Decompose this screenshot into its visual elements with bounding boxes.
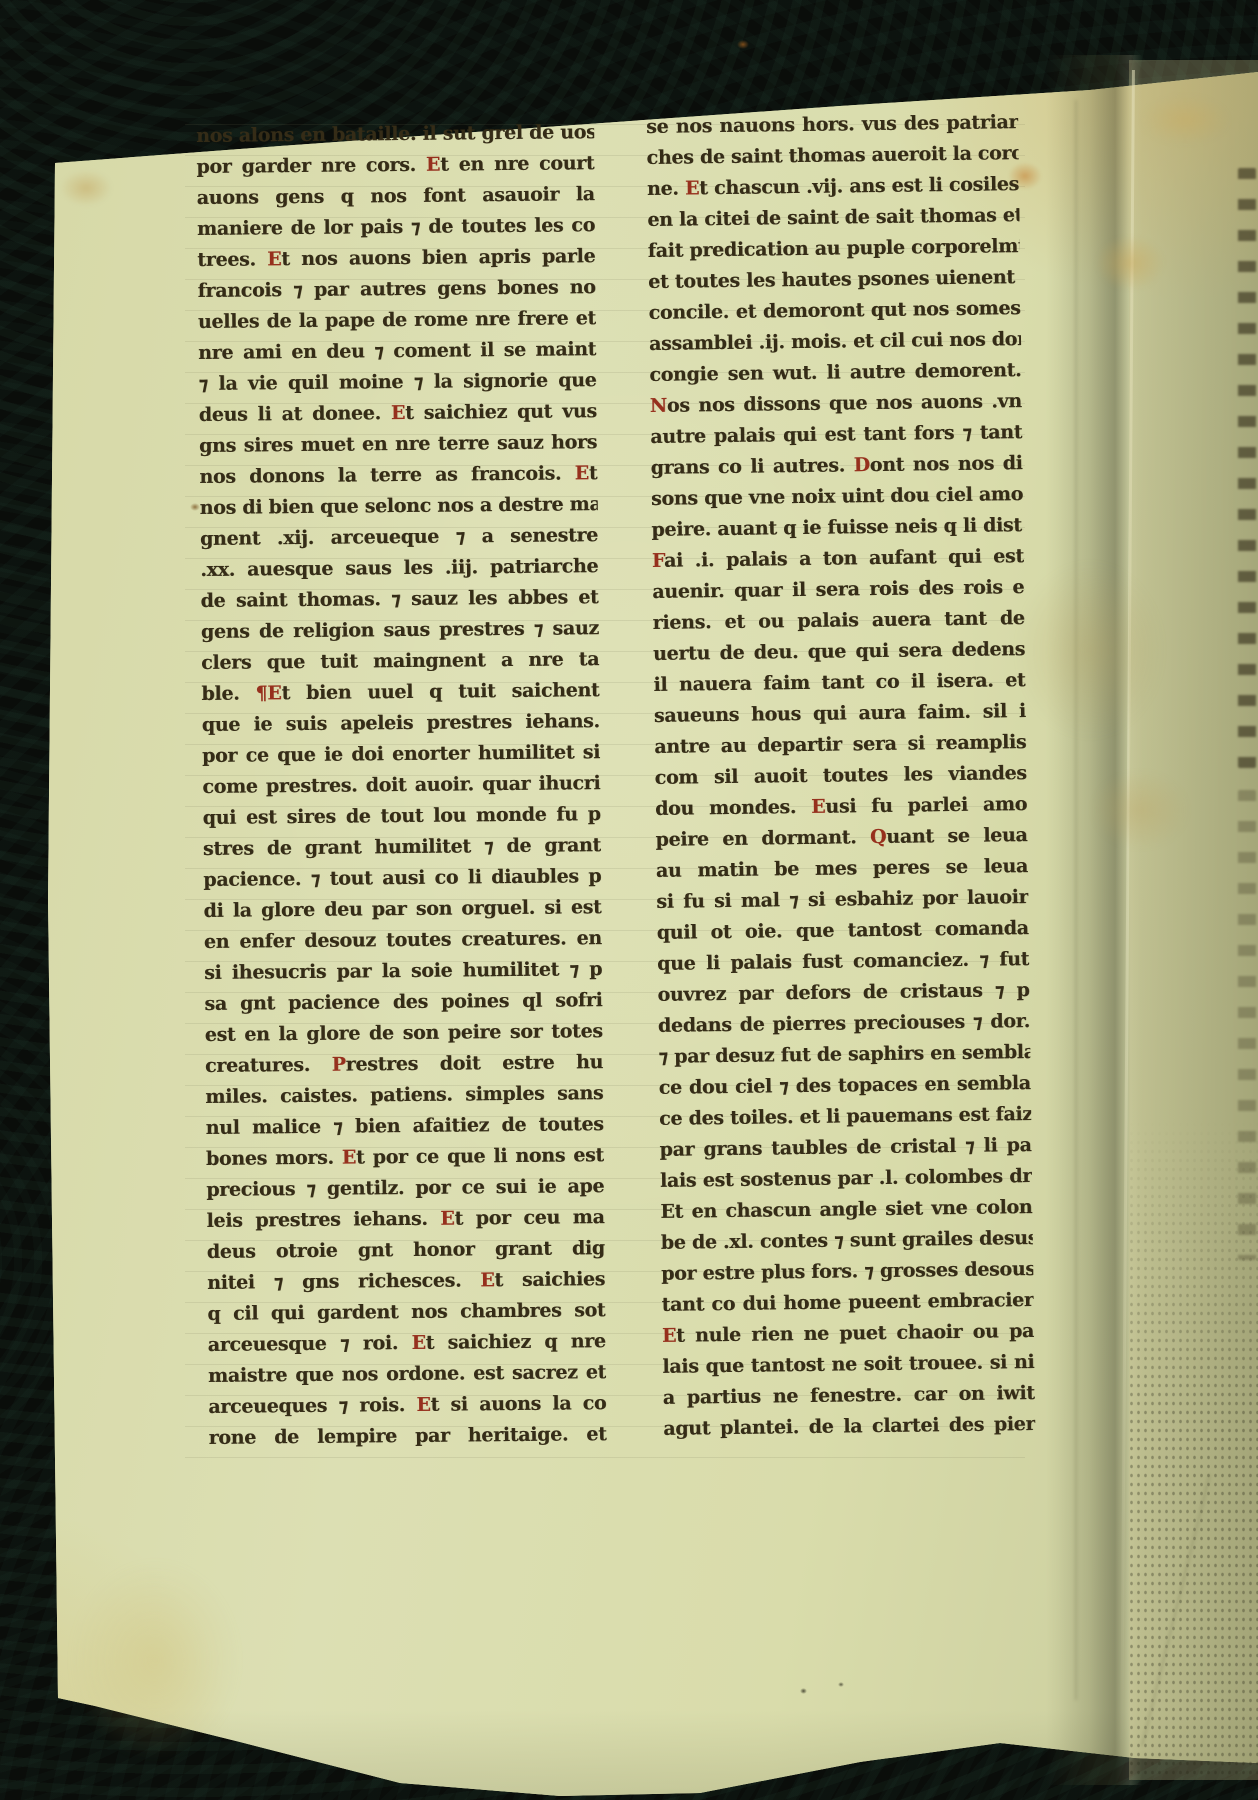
text-line: auons gens q nos font asauoir la — [197, 179, 595, 214]
right-column: se nos nauons hors. vus des patriarches … — [646, 107, 1035, 1445]
text-line: auenir. quar il sera rois des rois e — [652, 572, 1024, 608]
text-line: ble. ¶Et bien uuel q tuit saichent — [201, 675, 599, 710]
parchment-folio — [0, 0, 1258, 1800]
text-line: dedans de pierres preciouses ⁊ dor. — [658, 1006, 1030, 1042]
fore-edge-showthrough-lower — [1238, 790, 1256, 1260]
text-line: uertu de deu. que qui sera dedens — [653, 634, 1025, 670]
text-line: di la glore deu par son orguel. si est — [203, 892, 601, 927]
text-line: nul malice ⁊ bien afaitiez de toutes — [206, 1109, 604, 1144]
text-line: bones mors. Et por ce que li nons est — [206, 1140, 604, 1175]
text-line: congie sen wut. li autre demorent. — [649, 355, 1021, 391]
text-line: autre palais qui est tant fors ⁊ tant — [650, 417, 1022, 453]
text-line: lais est sostenus par .l. colombes dr — [660, 1161, 1032, 1197]
text-line: nitei ⁊ gns richesces. Et saichies — [207, 1264, 605, 1299]
text-line: si ihesucris par la soie humilitet ⁊ p — [204, 954, 602, 989]
text-line: par grans taubles de cristal ⁊ li pa — [659, 1130, 1031, 1166]
text-line: nos donons la terre as francois. Et — [199, 458, 597, 493]
text-line: por estre plus fors. ⁊ grosses desous — [661, 1254, 1033, 1290]
text-line: de saint thomas. ⁊ sauz les abbes et — [200, 582, 598, 617]
rubricated-letter: P — [332, 1054, 346, 1076]
text-line: sons que vne noix uint dou ciel amo — [651, 479, 1023, 515]
text-line: rone de lempire par heritaige. et — [208, 1419, 606, 1454]
text-line: qui est sires de tout lou monde fu p — [203, 799, 601, 834]
text-line: maniere de lor pais ⁊ de toutes les co — [197, 210, 595, 245]
text-line: se nos nauons hors. vus des patriar — [646, 107, 1018, 143]
text-line: il nauera faim tant co il isera. et — [653, 665, 1025, 701]
text-line: ches de saint thomas aueroit la coro — [646, 138, 1018, 174]
text-line: dou mondes. Eusi fu parlei amo — [655, 789, 1027, 825]
text-line: deus li at donee. Et saichiez qut vus — [199, 396, 597, 431]
rubricated-letter: E — [411, 1332, 425, 1354]
rubricated-letter: F — [652, 550, 664, 572]
text-line: arceuesque ⁊ roi. Et saichiez q nre — [208, 1326, 606, 1361]
vertical-crease — [1075, 100, 1077, 1700]
text-line: assamblei .ij. mois. et cil cui nos dono… — [649, 324, 1021, 360]
text-line: creatures. Prestres doit estre hu — [205, 1047, 603, 1082]
text-line: uelles de la pape de rome nre frere et — [198, 303, 596, 338]
fore-edge-showthrough — [1238, 168, 1256, 768]
text-line: quil ot oie. que tantost comanda — [657, 913, 1029, 949]
text-line: Nos nos dissons que nos auons .vn — [650, 386, 1022, 422]
rubricated-letter: E — [811, 796, 825, 818]
text-line: concile. et demoront qut nos somes — [648, 293, 1020, 329]
text-line: stres de grant humilitet ⁊ de grant — [203, 830, 601, 865]
text-line: nos di bien que selonc nos a destre mai — [200, 489, 598, 524]
text-line: come prestres. doit auoir. quar ihucri — [202, 768, 600, 803]
text-line: Et nule rien ne puet chaoir ou pa — [662, 1316, 1034, 1352]
text-line: ⁊ la vie quil moine ⁊ la signorie que — [198, 365, 596, 400]
text-line: est en la glore de son peire sor totes — [205, 1016, 603, 1051]
text-line: a partius ne fenestre. car on iwit — [663, 1378, 1035, 1414]
text-line: agut plantei. de la clartei des pier — [663, 1409, 1035, 1445]
rubricated-letter: Q — [870, 826, 887, 848]
text-line: que li palais fust comanciez. ⁊ fut — [657, 944, 1029, 980]
rubricated-letter: E — [662, 1325, 676, 1347]
text-line: leis prestres iehans. Et por ceu ma — [206, 1202, 604, 1237]
text-line: miles. caistes. patiens. simples sans — [205, 1078, 603, 1113]
stain — [737, 40, 749, 49]
rubricated-letter: E — [575, 462, 589, 484]
text-line: peire en dormant. Quant se leua — [655, 820, 1027, 856]
text-line: ce dou ciel ⁊ des topaces en sembla — [659, 1068, 1031, 1104]
rubricated-letter: D — [853, 454, 869, 476]
text-line: Fai .i. palais a ton aufant qui est — [652, 541, 1024, 577]
text-line: maistre que nos ordone. est sacrez et — [208, 1357, 606, 1392]
text-line: clers que tuit maingnent a nre ta — [201, 644, 599, 679]
text-line: si fu si mal ⁊ si esbahiz por lauoir — [656, 882, 1028, 918]
rubricated-letter: E — [416, 1394, 430, 1416]
text-line: et toutes les hautes psones uienent a — [648, 262, 1020, 298]
text-line: q cil qui gardent nos chambres sot — [207, 1295, 605, 1330]
photograph-stage: nos alons en bataille. il sut grel de uo… — [0, 0, 1258, 1800]
text-line: riens. et ou palais auera tant de — [652, 603, 1024, 639]
left-column: nos alons en bataille. il sut grel de uo… — [196, 117, 607, 1454]
text-line: ⁊ par desuz fut de saphirs en sembla — [658, 1037, 1030, 1073]
text-line: grans co li autres. Dont nos nos di — [650, 448, 1022, 484]
text-line: en enfer desouz toutes creatures. en — [204, 923, 602, 958]
text-line: .xx. auesque saus les .iij. patriarche — [200, 551, 598, 586]
text-line: sa gnt pacience des poines ql sofri — [204, 985, 602, 1020]
rubricated-letter: E — [685, 177, 699, 199]
text-line: trees. Et nos auons bien apris parle — [197, 241, 595, 276]
rubricated-letter: E — [440, 1208, 454, 1230]
text-line: arceueques ⁊ rois. Et si auons la co — [208, 1388, 606, 1423]
rubricated-letter: E — [480, 1269, 494, 1291]
text-line: francois ⁊ par autres gens bones no — [197, 272, 595, 307]
text-line: deus otroie gnt honor grant dig — [207, 1233, 605, 1268]
rubricated-letter: E — [342, 1147, 356, 1169]
text-line: nre ami en deu ⁊ coment il se maint — [198, 334, 596, 369]
text-line: nos alons en bataille. il sut grel de uo… — [196, 117, 594, 152]
text-line: en la citei de saint de sait thomas et — [647, 200, 1019, 236]
text-line: Et en chascun angle siet vne colon — [660, 1192, 1032, 1228]
text-line: au matin be mes peres se leua — [656, 851, 1028, 887]
text-line: por ce que ie doi enorter humilitet si — [202, 737, 600, 772]
text-line: peire. auant q ie fuisse neis q li dist. — [651, 510, 1023, 546]
rubricated-letter: E — [426, 154, 440, 176]
rubricated-letter: E — [391, 402, 405, 424]
rubricated-letter: ¶E — [255, 682, 281, 704]
text-line: ne. Et chascun .vij. ans est li cosiles — [647, 169, 1019, 205]
text-line: be de .xl. contes ⁊ sunt grailes desus — [661, 1223, 1033, 1259]
text-line: antre au departir sera si reamplis — [654, 727, 1026, 763]
text-line: gens de religion saus prestres ⁊ sauz — [201, 613, 599, 648]
text-line: pacience. ⁊ tout ausi co li diaubles p — [203, 861, 601, 896]
text-line: lais que tantost ne soit trouee. si ni — [662, 1347, 1034, 1383]
text-line: ce des toiles. et li pauemans est faiz — [659, 1099, 1031, 1135]
text-line: saueuns hous qui aura faim. sil i — [654, 696, 1026, 732]
text-line: que ie suis apeleis prestres iehans. — [202, 706, 600, 741]
rubricated-letter: N — [650, 395, 667, 417]
text-line: com sil auoit toutes les viandes — [655, 758, 1027, 794]
text-line: ouvrez par defors de cristaus ⁊ p — [657, 975, 1029, 1011]
text-line: gnent .xij. arceueque ⁊ a senestre — [200, 520, 598, 555]
rubricated-letter: E — [267, 248, 281, 270]
text-line: por garder nre cors. Et en nre court — [196, 148, 594, 183]
text-line: tant co dui home pueent embracier — [661, 1285, 1033, 1321]
text-line: fait predication au puple corporelmt — [648, 231, 1020, 267]
text-line: precious ⁊ gentilz. por ce sui ie ape — [206, 1171, 604, 1206]
text-line: gns sires muet en nre terre sauz hors — [199, 427, 597, 462]
